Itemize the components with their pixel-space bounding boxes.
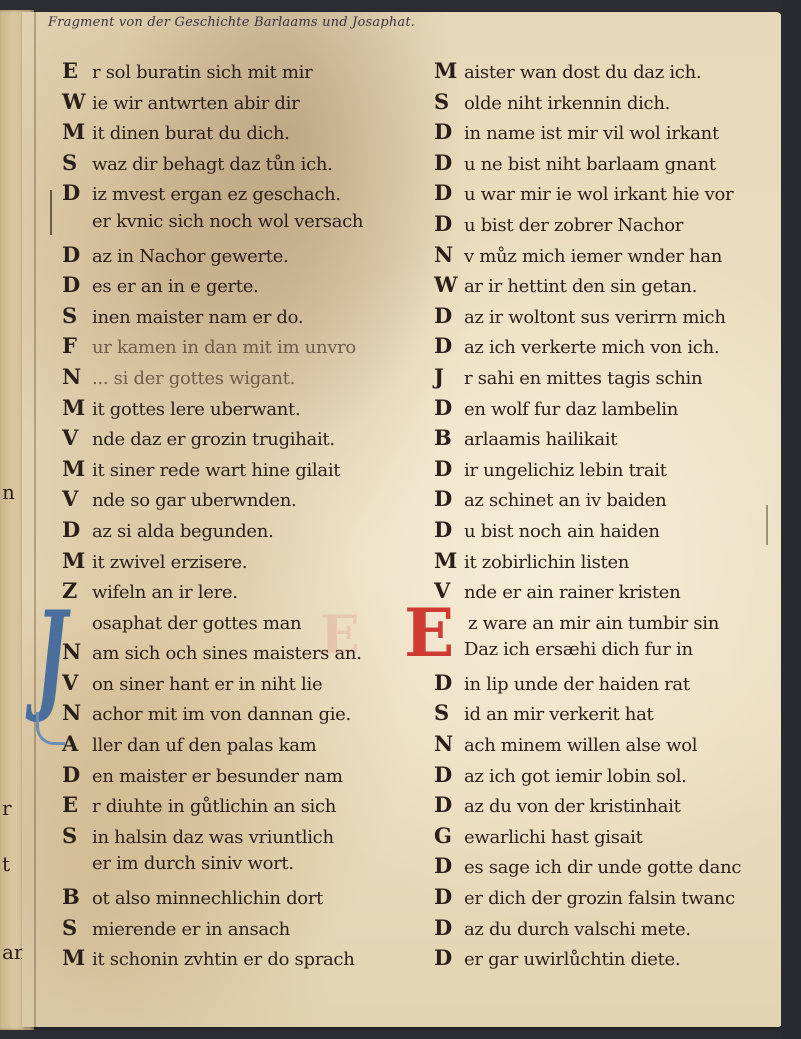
line-initial: N — [62, 700, 92, 725]
verse-line: Mit dinen burat du dich. — [62, 119, 412, 150]
verse-line: War ir hettint den sin getan. — [434, 272, 784, 303]
line-initial: N — [62, 639, 92, 664]
line-text: in lip unde der haiden rat — [464, 674, 690, 695]
line-initial: S — [62, 915, 92, 940]
verse-line: Wie wir antwrten abir dir — [62, 89, 412, 120]
line-initial: S — [434, 700, 464, 725]
line-initial: E — [62, 792, 92, 817]
line-text: ie wir antwrten abir dir — [92, 93, 299, 114]
line-initial: D — [434, 670, 464, 695]
line-initial: D — [434, 180, 464, 205]
line-text: z ware an mir ain tumbir sin — [468, 613, 719, 634]
line-initial: D — [434, 517, 464, 542]
verse-line: Daz schinet an iv baiden — [434, 486, 784, 517]
verse-line: Von siner hant er in niht lie — [62, 670, 412, 701]
verse-line: Der gar uwirlůchtin diete. — [434, 945, 784, 976]
line-initial: D — [434, 762, 464, 787]
verse-line: Swaz dir behagt daz tůn ich. — [62, 150, 412, 181]
line-initial: V — [434, 578, 464, 603]
line-text: in name ist mir vil wol irkant — [464, 123, 719, 144]
left-text-column: Er sol buratin sich mit mir Wie wir antw… — [62, 58, 412, 976]
line-text: az ich got iemir lobin sol. — [464, 766, 687, 787]
margin-fragment: t — [2, 852, 10, 876]
verse-line: Der dich der grozin falsin twanc — [434, 884, 784, 915]
line-initial: A — [62, 731, 92, 756]
line-text: ewarlichi hast gisait — [464, 827, 643, 848]
line-text: it zobirlichin listen — [464, 552, 629, 573]
margin-fragment: r — [2, 796, 12, 820]
line-text: az du von der kristinhait — [464, 796, 681, 817]
line-initial: M — [62, 456, 92, 481]
line-initial: S — [62, 150, 92, 175]
line-initial: D — [434, 333, 464, 358]
line-text: nde er ain rainer kristen — [464, 582, 680, 603]
line-initial: W — [62, 89, 92, 114]
verse-line: Barlaamis hailikait — [434, 425, 784, 456]
verse-line: Des sage ich dir unde gotte danc — [434, 853, 784, 884]
margin-fragment: n — [2, 480, 15, 504]
line-text: az ich verkerte mich von ich. — [464, 337, 719, 358]
right-text-column: Maister wan dost du daz ich. Solde niht … — [434, 58, 784, 976]
verse-line: Diz mvest ergan ez geschach. — [62, 180, 412, 211]
line-initial: D — [434, 853, 464, 878]
line-initial: F — [62, 333, 92, 358]
line-initial: M — [434, 58, 464, 83]
verse-line: Mit zwivel erzisere. — [62, 548, 412, 579]
verse-line: er kvnic sich noch wol versach — [62, 211, 412, 242]
verse-line: Daz du durch valschi mete. — [434, 915, 784, 946]
line-initial: D — [62, 242, 92, 267]
line-initial: S — [62, 823, 92, 848]
line-initial: M — [62, 548, 92, 573]
verse-line: Mit siner rede wart hine gilait — [62, 456, 412, 487]
line-text: ar ir hettint den sin getan. — [464, 276, 697, 297]
verse-line: Er sol buratin sich mit mir — [62, 58, 412, 89]
line-initial: W — [434, 272, 464, 297]
line-initial: N — [62, 364, 92, 389]
line-initial: D — [62, 762, 92, 787]
line-text: it schonin zvhtin er do sprach — [92, 949, 355, 970]
line-initial: V — [62, 670, 92, 695]
verse-line: Du bist noch ain haiden — [434, 517, 784, 548]
line-initial: M — [434, 548, 464, 573]
line-initial: D — [434, 792, 464, 817]
line-initial: S — [434, 89, 464, 114]
line-text: u war mir ie wol irkant hie vor — [464, 184, 733, 205]
verse-line: Din lip unde der haiden rat — [434, 670, 784, 701]
line-text: arlaamis hailikait — [464, 429, 617, 450]
line-text: nde so gar uberwnden. — [92, 490, 296, 511]
verse-line: Nach minem willen alse wol — [434, 731, 784, 762]
verse-line: Solde niht irkennin dich. — [434, 89, 784, 120]
line-initial: D — [62, 517, 92, 542]
line-text: ller dan uf den palas kam — [92, 735, 316, 756]
verse-line: Vnde so gar uberwnden. — [62, 486, 412, 517]
line-text: az schinet an iv baiden — [464, 490, 666, 511]
line-initial: D — [434, 915, 464, 940]
line-initial: G — [434, 823, 464, 848]
verse-line: Mit schonin zvhtin er do sprach — [62, 945, 412, 976]
verse-line: Daz ich got iemir lobin sol. — [434, 762, 784, 793]
verse-line: Ez ware an mir ain tumbir sin — [434, 609, 784, 640]
line-text: it zwivel erzisere. — [92, 552, 247, 573]
verse-line: Daz ich ersæhi dich fur in — [434, 639, 784, 670]
verse-line: Sinen maister nam er do. — [62, 303, 412, 334]
binding-fold — [34, 12, 36, 1027]
verse-line: Smierende er in ansach — [62, 915, 412, 946]
line-initial: N — [434, 242, 464, 267]
line-text: az ir woltont sus verirrn mich — [464, 307, 726, 328]
verse-line: Nachor mit im von dannan gie. — [62, 700, 412, 731]
line-text: en wolf fur daz lambelin — [464, 399, 678, 420]
line-text: u bist noch ain haiden — [464, 521, 660, 542]
verse-line: Sin halsin daz was vriuntlich — [62, 823, 412, 854]
line-text: it siner rede wart hine gilait — [92, 460, 340, 481]
line-initial: D — [62, 180, 92, 205]
header-annotation: Fragment von der Geschichte Barlaams und… — [48, 15, 415, 30]
line-text: achor mit im von dannan gie. — [92, 704, 351, 725]
line-initial: S — [62, 303, 92, 328]
line-text: inen maister nam er do. — [92, 307, 303, 328]
line-text: er gar uwirlůchtin diete. — [464, 949, 680, 970]
line-text: u bist der zobrer Nachor — [464, 215, 683, 236]
line-initial: B — [62, 884, 92, 909]
verse-line: Fur kamen in dan mit im unvro — [62, 333, 412, 364]
verse-line: Jr sahi en mittes tagis schin — [434, 364, 784, 395]
verse-line: Nam sich och sines maisters an. — [62, 639, 412, 670]
verse-line: Aller dan uf den palas kam — [62, 731, 412, 762]
verse-line: Daz du von der kristinhait — [434, 792, 784, 823]
verse-line: Daz ich verkerte mich von ich. — [434, 333, 784, 364]
line-text: az in Nachor gewerte. — [92, 246, 288, 267]
verse-line: Er diuhte in gůtlichin an sich — [62, 792, 412, 823]
line-initial: D — [434, 211, 464, 236]
line-text: it dinen burat du dich. — [92, 123, 290, 144]
line-text: es er an in e gerte. — [92, 276, 258, 297]
line-text: olde niht irkennin dich. — [464, 93, 670, 114]
line-text: Daz ich ersæhi dich fur in — [464, 639, 693, 660]
line-initial: D — [62, 272, 92, 297]
line-initial: D — [434, 150, 464, 175]
verse-line: Sid an mir verkerit hat — [434, 700, 784, 731]
verse-line: Daz si alda begunden. — [62, 517, 412, 548]
line-initial: M — [62, 119, 92, 144]
verse-line: Des er an in e gerte. — [62, 272, 412, 303]
line-text: ir ungelichiz lebin trait — [464, 460, 667, 481]
line-text: en maister er besunder nam — [92, 766, 343, 787]
line-text: ... si der gottes wigant. — [92, 368, 295, 389]
line-initial: V — [62, 486, 92, 511]
verse-line: Mit gottes lere uberwant. — [62, 395, 412, 426]
verse-line: Nv můz mich iemer wnder han — [434, 242, 784, 273]
line-text: ur kamen in dan mit im unvro — [92, 337, 356, 358]
verse-line: er im durch siniv wort. — [62, 853, 412, 884]
verse-line: Mit zobirlichin listen — [434, 548, 784, 579]
verse-line: Vnde er ain rainer kristen — [434, 578, 784, 609]
line-text: er im durch siniv wort. — [92, 853, 294, 874]
verse-line: Zwifeln an ir lere. — [62, 578, 412, 609]
line-initial: D — [434, 486, 464, 511]
line-text: waz dir behagt daz tůn ich. — [92, 154, 333, 175]
line-initial: D — [434, 303, 464, 328]
verse-line: Daz in Nachor gewerte. — [62, 242, 412, 273]
line-text: az du durch valschi mete. — [464, 919, 691, 940]
line-text: az si alda begunden. — [92, 521, 274, 542]
line-text: osaphat der gottes man — [92, 613, 301, 634]
line-initial: M — [62, 945, 92, 970]
line-initial: M — [62, 395, 92, 420]
line-text: mierende er in ansach — [92, 919, 290, 940]
verse-line: Den maister er besunder nam — [62, 762, 412, 793]
margin-mark — [50, 190, 52, 235]
line-text: wifeln an ir lere. — [92, 582, 238, 603]
verse-line: Dir ungelichiz lebin trait — [434, 456, 784, 487]
line-initial: V — [62, 425, 92, 450]
line-initial: D — [434, 945, 464, 970]
line-text: it gottes lere uberwant. — [92, 399, 300, 420]
line-initial: E — [62, 58, 92, 83]
line-initial: B — [434, 425, 464, 450]
line-text: r sahi en mittes tagis schin — [464, 368, 702, 389]
verse-line: Du war mir ie wol irkant hie vor — [434, 180, 784, 211]
line-text: on siner hant er in niht lie — [92, 674, 322, 695]
verse-line: Vnde daz er grozin trugihait. — [62, 425, 412, 456]
line-text: u ne bist niht barlaam gnant — [464, 154, 716, 175]
line-initial: D — [434, 456, 464, 481]
line-text: v můz mich iemer wnder han — [464, 246, 722, 267]
line-text: r diuhte in gůtlichin an sich — [92, 796, 336, 817]
dark-right-edge — [781, 0, 801, 1039]
verse-line: Josaphat der gottes man — [62, 609, 412, 640]
verse-line: Bot also minnechlichin dort — [62, 884, 412, 915]
line-initial: Z — [62, 578, 92, 603]
verse-line: Daz ir woltont sus verirrn mich — [434, 303, 784, 334]
line-text: in halsin daz was vriuntlich — [92, 827, 334, 848]
line-text: r sol buratin sich mit mir — [92, 62, 312, 83]
line-text: ot also minnechlichin dort — [92, 888, 323, 909]
verse-line: Den wolf fur daz lambelin — [434, 395, 784, 426]
verse-line: N... si der gottes wigant. — [62, 364, 412, 395]
verse-line: Din name ist mir vil wol irkant — [434, 119, 784, 150]
line-text: iz mvest ergan ez geschach. — [92, 184, 341, 205]
line-text: er dich der grozin falsin twanc — [464, 888, 735, 909]
verse-line: Du bist der zobrer Nachor — [434, 211, 784, 242]
line-text: id an mir verkerit hat — [464, 704, 653, 725]
verse-line: Gewarlichi hast gisait — [434, 823, 784, 854]
verse-line: Maister wan dost du daz ich. — [434, 58, 784, 89]
line-initial: D — [434, 395, 464, 420]
line-initial: N — [434, 731, 464, 756]
line-text: es sage ich dir unde gotte danc — [464, 857, 741, 878]
line-initial: J — [434, 364, 464, 389]
verse-line: Du ne bist niht barlaam gnant — [434, 150, 784, 181]
line-initial: D — [434, 884, 464, 909]
line-text: er kvnic sich noch wol versach — [92, 211, 363, 232]
line-text: nde daz er grozin trugihait. — [92, 429, 335, 450]
line-initial: D — [434, 119, 464, 144]
line-text: ach minem willen alse wol — [464, 735, 697, 756]
line-text: am sich och sines maisters an. — [92, 643, 362, 664]
line-text: aister wan dost du daz ich. — [464, 62, 701, 83]
